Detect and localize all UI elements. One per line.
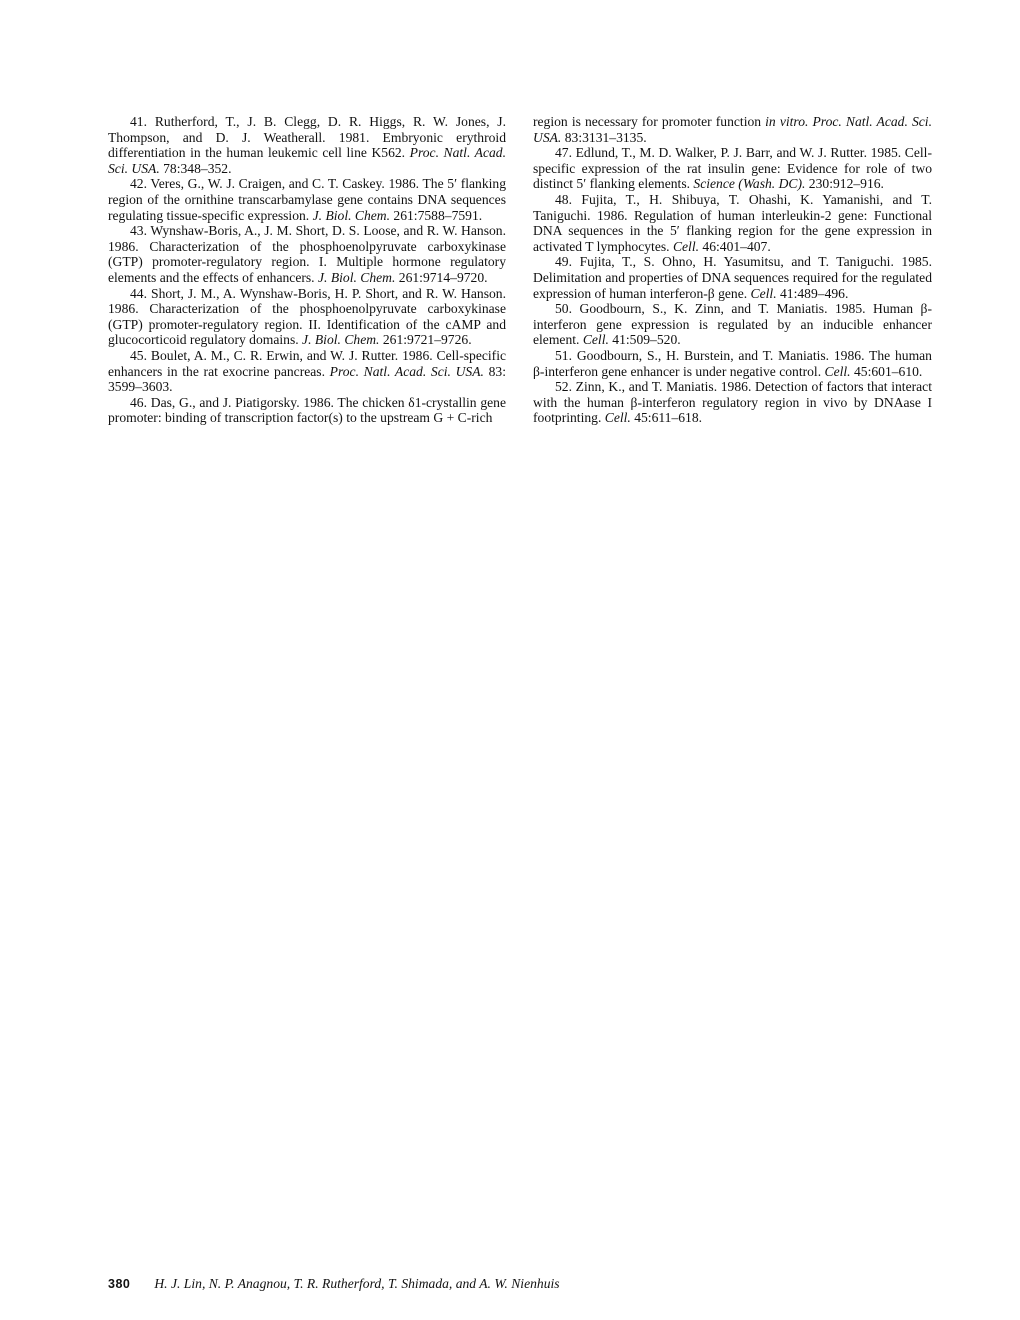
journal-name: Cell. (605, 410, 631, 425)
reference-number: 42. (130, 176, 147, 191)
reference-number: 46. (130, 395, 147, 410)
reference-46: 46. Das, G., and J. Piatigorsky. 1986. T… (108, 395, 506, 426)
journal-name: Cell. (583, 332, 609, 347)
reference-number: 48. (555, 192, 572, 207)
citation-volume-pages: 41:489–496. (777, 286, 849, 301)
journal-name: Cell. (825, 364, 851, 379)
citation-volume-pages: 261:9721–9726. (379, 332, 471, 347)
reference-45: 45. Boulet, A. M., C. R. Erwin, and W. J… (108, 348, 506, 395)
journal-name: Proc. Natl. Acad. Sci. USA. (330, 364, 484, 379)
citation-volume-pages: 78:348–352. (160, 161, 232, 176)
reference-text: Das, G., and J. Piatigorsky. 1986. The c… (108, 395, 506, 426)
journal-name: Cell. (673, 239, 699, 254)
citation-volume-pages: 46:401–407. (699, 239, 771, 254)
reference-number: 50. (555, 301, 572, 316)
reference-44: 44. Short, J. M., A. Wynshaw-Boris, H. P… (108, 286, 506, 348)
references-left-column: 41. Rutherford, T., J. B. Clegg, D. R. H… (108, 114, 506, 426)
reference-49: 49. Fujita, T., S. Ohno, H. Yasumitsu, a… (533, 254, 932, 301)
citation-volume-pages: 45:601–610. (851, 364, 923, 379)
italic-phrase: in vitro. (765, 114, 808, 129)
reference-number: 43. (130, 223, 147, 238)
journal-name: J. Biol. Chem. (313, 208, 390, 223)
journal-name: J. Biol. Chem. (318, 270, 395, 285)
reference-51: 51. Goodbourn, S., H. Burstein, and T. M… (533, 348, 932, 379)
reference-number: 45. (130, 348, 147, 363)
reference-number: 52. (555, 379, 572, 394)
page-number: 380 (108, 1277, 130, 1291)
reference-50: 50. Goodbourn, S., K. Zinn, and T. Mania… (533, 301, 932, 348)
reference-text: region is necessary for promoter functio… (533, 114, 765, 129)
reference-number: 51. (555, 348, 572, 363)
reference-text: Fujita, T., S. Ohno, H. Yasumitsu, and T… (533, 254, 932, 300)
citation-volume-pages: 83:3131–3135. (561, 130, 646, 145)
reference-48: 48. Fujita, T., H. Shibuya, T. Ohashi, K… (533, 192, 932, 254)
reference-52: 52. Zinn, K., and T. Maniatis. 1986. Det… (533, 379, 932, 426)
running-head-authors: H. J. Lin, N. P. Anagnou, T. R. Rutherfo… (154, 1276, 559, 1291)
citation-volume-pages: 261:9714–9720. (395, 270, 487, 285)
citation-volume-pages: 261:7588–7591. (390, 208, 482, 223)
reference-number: 49. (555, 254, 572, 269)
reference-41: 41. Rutherford, T., J. B. Clegg, D. R. H… (108, 114, 506, 176)
journal-name: Cell. (751, 286, 777, 301)
journal-name: Science (Wash. DC). (693, 176, 805, 191)
reference-number: 47. (555, 145, 572, 160)
reference-46-continuation: region is necessary for promoter functio… (533, 114, 932, 145)
journal-name: J. Biol. Chem. (302, 332, 379, 347)
references-right-column: region is necessary for promoter functio… (533, 114, 932, 426)
reference-number: 44. (130, 286, 147, 301)
citation-volume-pages: 45:611–618. (631, 410, 702, 425)
page-footer: 380H. J. Lin, N. P. Anagnou, T. R. Ruthe… (108, 1276, 560, 1292)
reference-number: 41. (130, 114, 147, 129)
reference-43: 43. Wynshaw-Boris, A., J. M. Short, D. S… (108, 223, 506, 285)
citation-volume-pages: 41:509–520. (609, 332, 681, 347)
citation-volume-pages: 230:912–916. (805, 176, 884, 191)
reference-47: 47. Edlund, T., M. D. Walker, P. J. Barr… (533, 145, 932, 192)
reference-text: Zinn, K., and T. Maniatis. 1986. Detecti… (533, 379, 932, 425)
reference-42: 42. Veres, G., W. J. Craigen, and C. T. … (108, 176, 506, 223)
